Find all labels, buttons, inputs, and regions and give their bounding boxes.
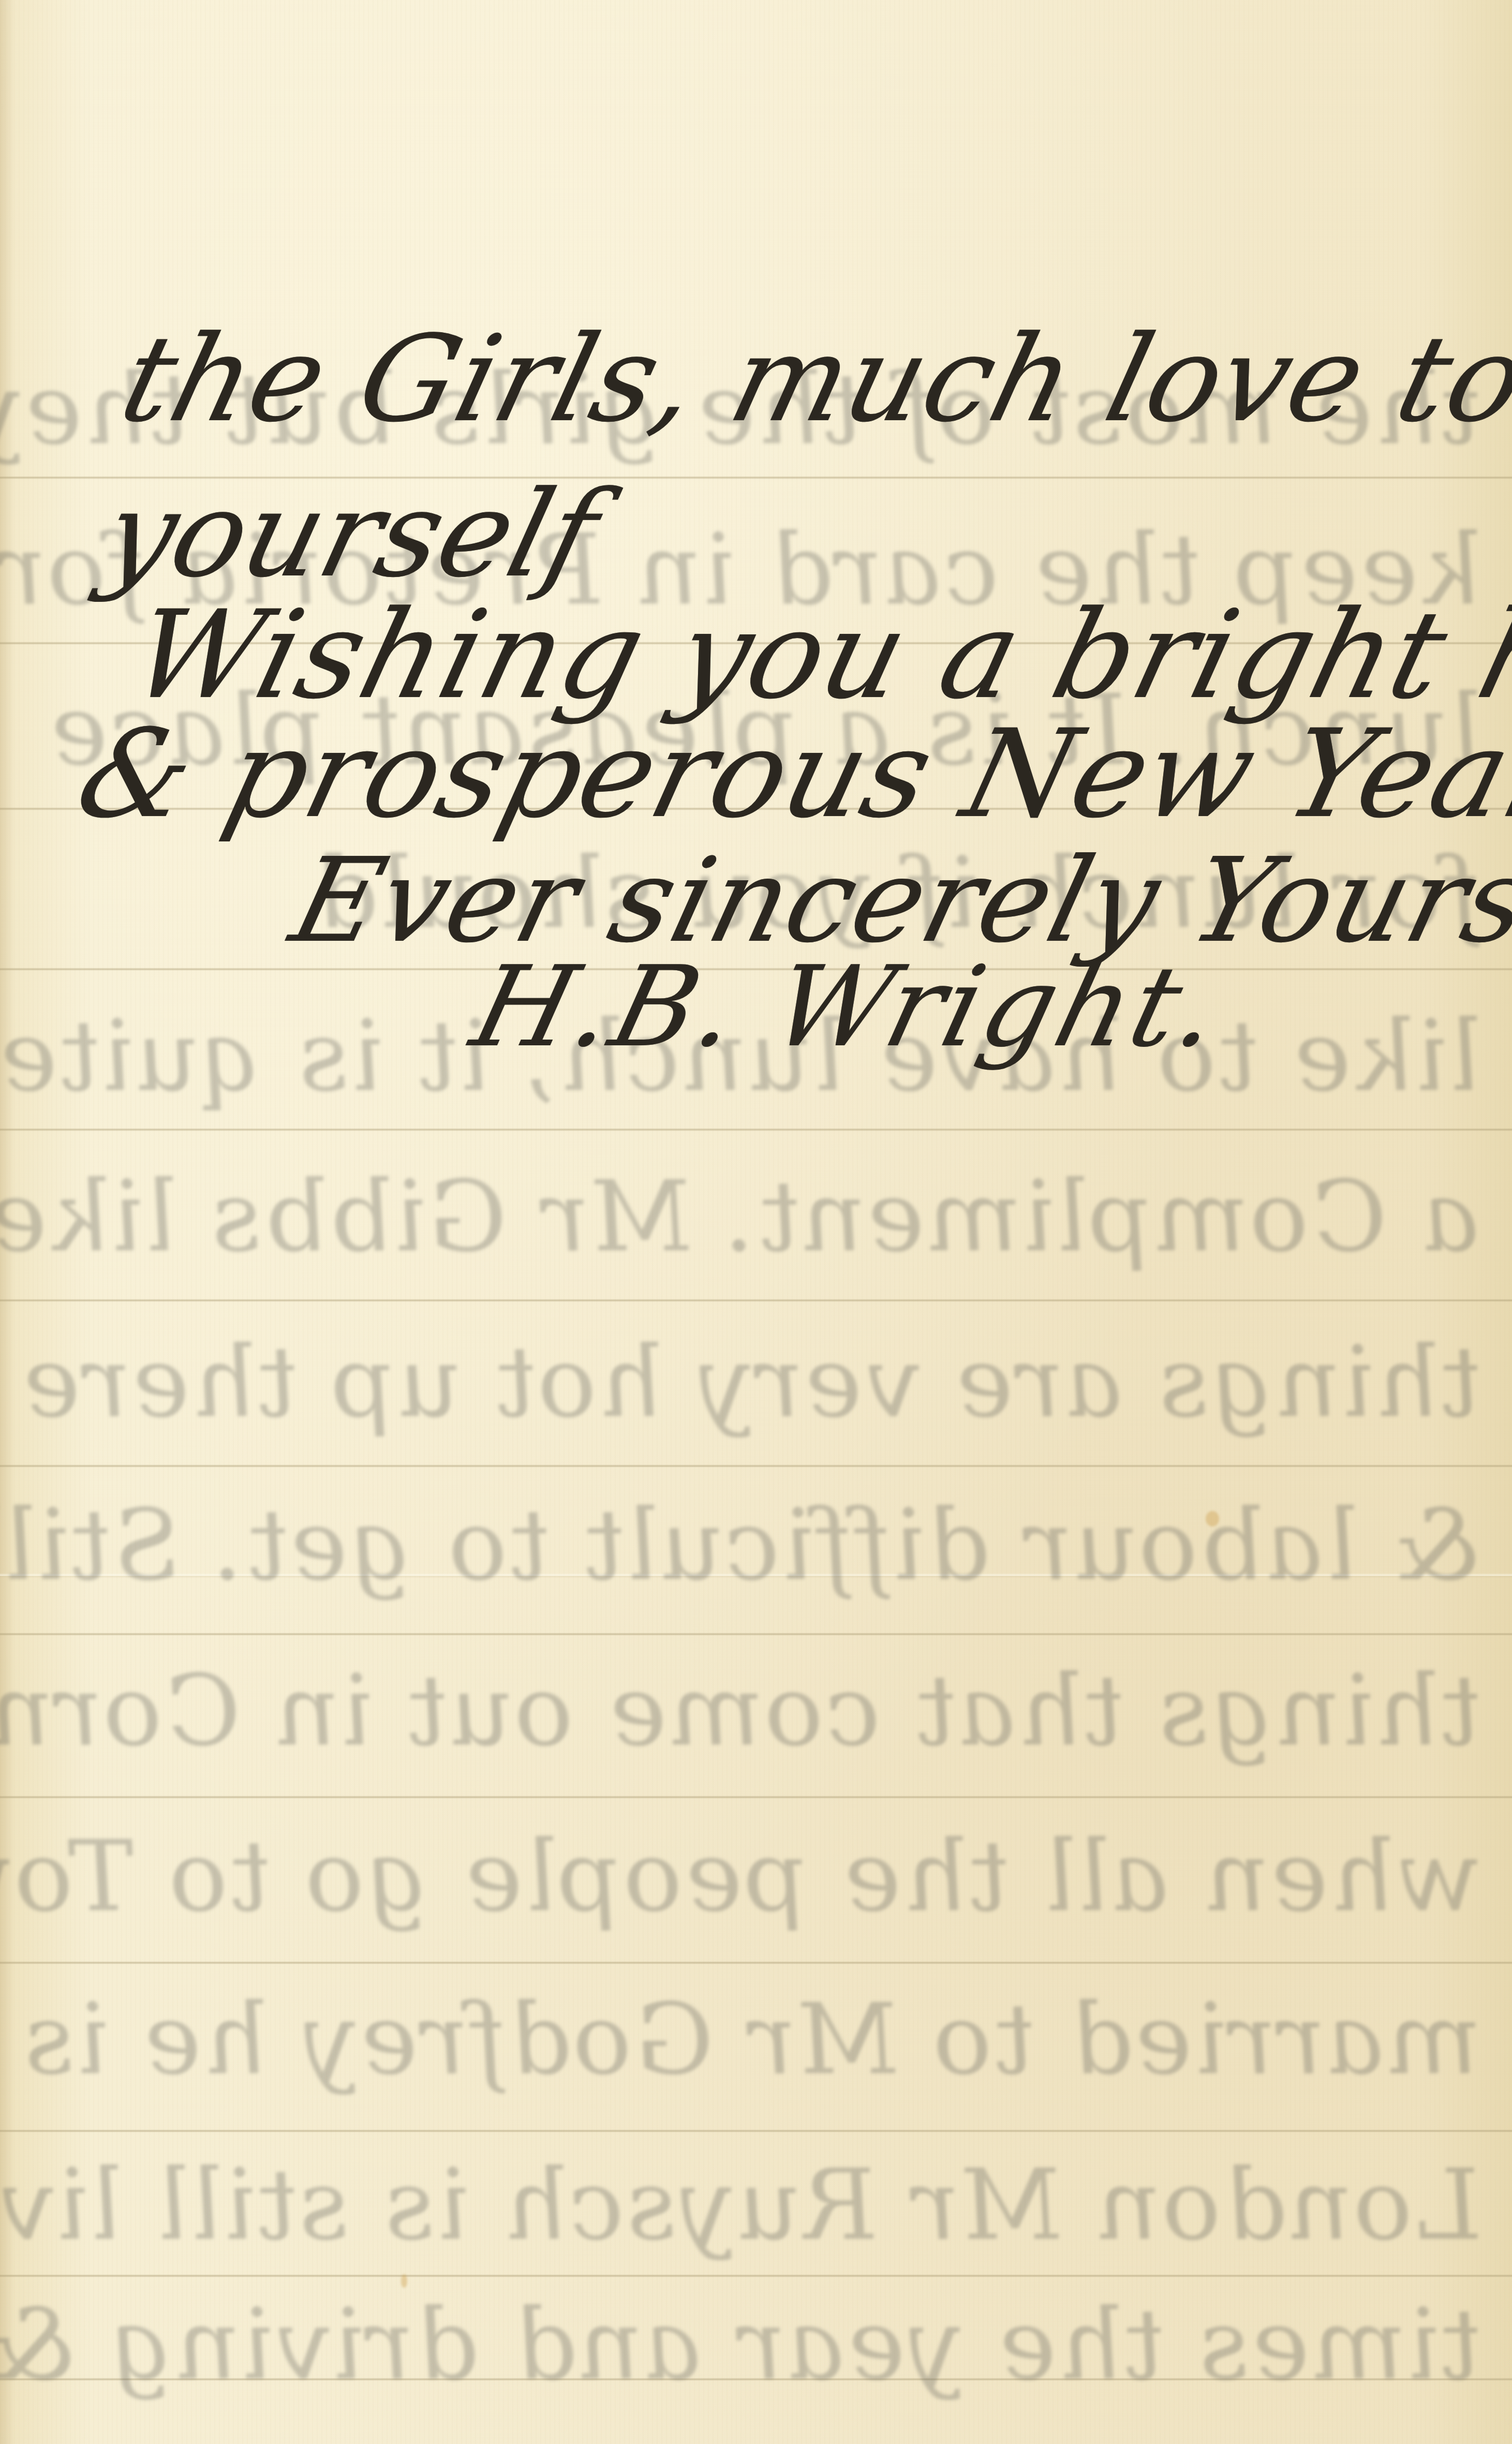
letter-line-1: the Girls, much love to (109, 310, 1512, 449)
bleed-through-line: things are very hot up there they (0, 1325, 1512, 1439)
bleed-through-line: things that come out in Cornwall. (0, 1653, 1512, 1768)
ruled-line (0, 1796, 1512, 1799)
ruled-line (0, 1299, 1512, 1302)
bleed-through-line: London Mr Ruysch is still live (0, 2147, 1512, 2262)
letter-line-4: & prosperous New Year. (65, 704, 1512, 845)
bleed-through-line: a Compliment. Mr Gibbs like the (0, 1159, 1512, 1273)
ruled-line (0, 1464, 1512, 1468)
ruled-line (0, 1633, 1512, 1636)
letter-line-2: yourself (91, 466, 611, 604)
ruled-line (0, 2274, 1512, 2277)
bleed-through-line: & labour difficult to get. Still such (0, 1488, 1512, 1602)
bleed-through-line: when all the people go to Town (0, 1819, 1512, 1933)
signature: H.B. Wright. (461, 942, 1236, 1072)
ruled-line (0, 1961, 1512, 1964)
ruled-line (0, 2129, 1512, 2132)
paper-stain (401, 2274, 407, 2288)
paper-stain (1206, 1511, 1219, 1527)
bleed-through-line: times the year and driving & other (0, 2287, 1512, 2402)
letter-page: the most of the girls but they keep the … (0, 0, 1512, 2444)
ruled-line (0, 1128, 1512, 1131)
bleed-through-line: married to Mr Godfrey he is a (0, 1982, 1512, 2096)
